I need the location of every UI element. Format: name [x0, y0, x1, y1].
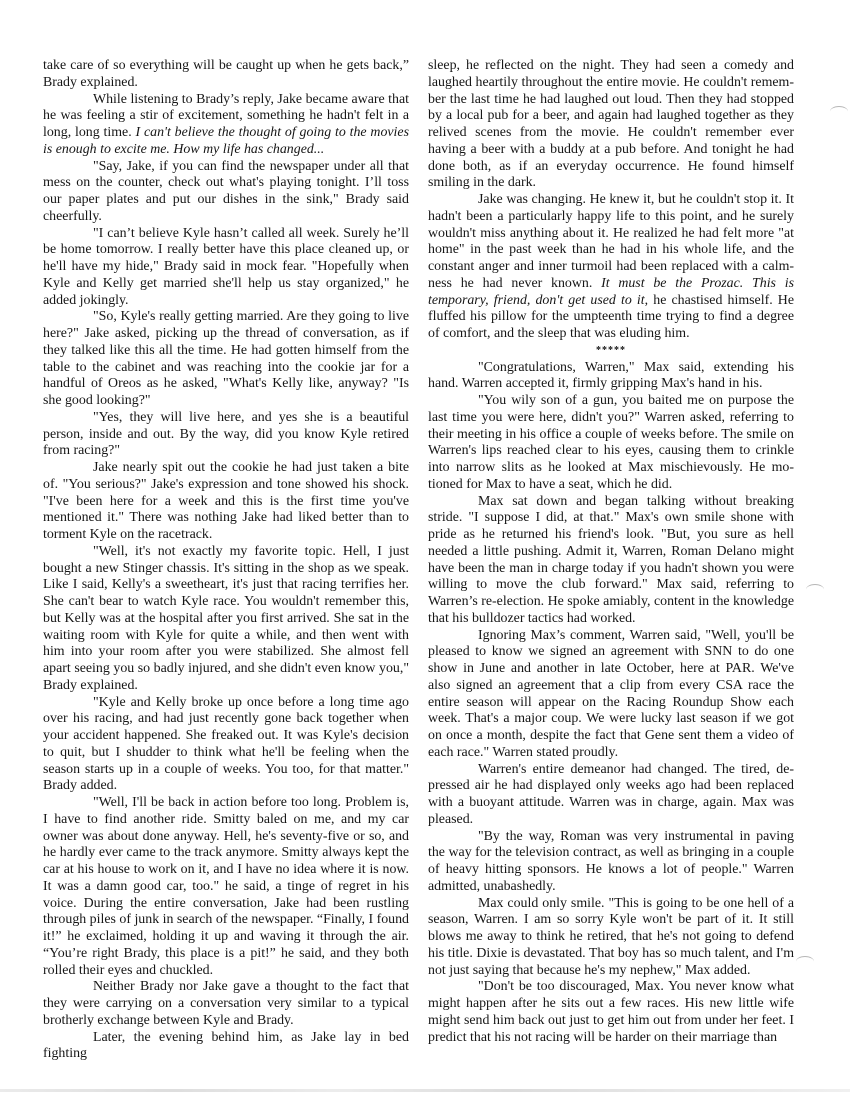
paragraph: Ignoring Max’s comment, Warren said, "We…: [428, 628, 794, 762]
paragraph-text: Ignoring Max’s comment, Warren said, "We…: [428, 628, 794, 760]
paragraph-text: Max could only smile. "This is going to …: [428, 896, 794, 978]
paragraph: Max sat down and began talking without b…: [428, 494, 794, 628]
paragraph-text: "Don't be too discouraged, Max. You neve…: [428, 979, 794, 1044]
paragraph-text: "You wily son of a gun, you baited me on…: [428, 393, 794, 492]
paragraph-text: Warren's entire demeanor had changed. Th…: [428, 762, 794, 827]
paragraph-text: Jake nearly spit out the cookie he had j…: [43, 460, 409, 542]
left-column: take care of so everything will be caugh…: [43, 58, 409, 1063]
paragraph-text: take care of so everything will be caugh…: [43, 58, 409, 90]
paragraph: "Well, I'll be back in action before too…: [43, 795, 409, 979]
paragraph-text: "So, Kyle's really getting married. Are …: [43, 309, 409, 408]
paragraph: "Kyle and Kelly broke up once before a l…: [43, 695, 409, 796]
paragraph: Jake was changing. He knew it, but he co…: [428, 192, 794, 343]
scan-margin-mark: [806, 584, 824, 595]
paragraph: "Say, Jake, if you can find the newspape…: [43, 159, 409, 226]
paragraph: Later, the evening behind him, as Jake l…: [43, 1030, 409, 1064]
paragraph: "So, Kyle's really getting married. Are …: [43, 309, 409, 410]
paragraph: "By the way, Roman was very instrumental…: [428, 829, 794, 896]
paragraph: "Yes, they will live here, and yes she i…: [43, 410, 409, 460]
scan-bottom-edge: [0, 1089, 850, 1092]
scan-margin-mark: [830, 106, 848, 117]
paragraph-text: "Say, Jake, if you can find the newspape…: [43, 159, 409, 224]
scene-break: *****: [428, 343, 794, 360]
paragraph-text: Neither Brady nor Jake gave a thought to…: [43, 979, 409, 1028]
scan-margin-mark: [796, 956, 814, 967]
paragraph-text: "Kyle and Kelly broke up once before a l…: [43, 695, 409, 794]
paragraph-text: "Well, it's not exactly my favorite topi…: [43, 544, 409, 693]
paragraph: Neither Brady nor Jake gave a thought to…: [43, 979, 409, 1029]
paragraph: "Don't be too discouraged, Max. You neve…: [428, 979, 794, 1046]
paragraph-text: sleep, he reflected on the night. They h…: [428, 58, 794, 190]
paragraph: Jake nearly spit out the cookie he had j…: [43, 460, 409, 544]
right-column: sleep, he reflected on the night. They h…: [428, 58, 794, 1046]
paragraph-text: Max sat down and began talking without b…: [428, 494, 794, 626]
paragraph: "You wily son of a gun, you baited me on…: [428, 393, 794, 494]
paragraph: take care of so everything will be caugh…: [43, 58, 409, 92]
paragraph-text: "By the way, Roman was very instrumental…: [428, 829, 794, 894]
paragraph: sleep, he reflected on the night. They h…: [428, 58, 794, 192]
paragraph-text: Later, the evening behind him, as Jake l…: [43, 1030, 409, 1062]
paragraph-text: "Well, I'll be back in action before too…: [43, 795, 409, 978]
paragraph: Max could only smile. "This is going to …: [428, 896, 794, 980]
paragraph: Warren's entire demeanor had changed. Th…: [428, 762, 794, 829]
paragraph-text: "Congratulations, Warren," Max said, ext…: [428, 360, 794, 392]
paragraph: "Congratulations, Warren," Max said, ext…: [428, 360, 794, 394]
paragraph-text: "I can’t believe Kyle hasn’t called all …: [43, 226, 409, 308]
paragraph-text: "Yes, they will live here, and yes she i…: [43, 410, 409, 459]
paragraph: "Well, it's not exactly my favorite topi…: [43, 544, 409, 695]
paragraph: "I can’t believe Kyle hasn’t called all …: [43, 226, 409, 310]
paragraph: While listening to Brady’s reply, Jake b…: [43, 92, 409, 159]
